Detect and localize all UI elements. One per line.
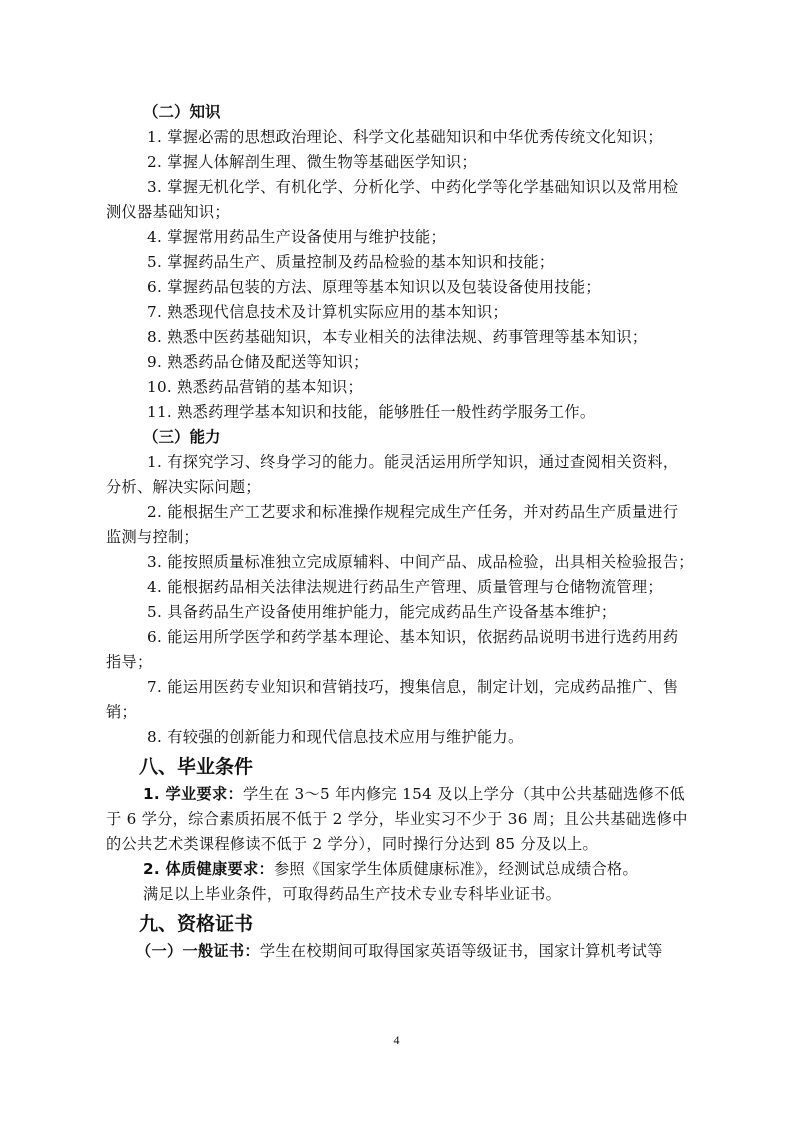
academic-requirement: 1. 学业要求：学生在 3～5 年内修完 154 及以上学分（其中公共基础选修不… — [106, 782, 688, 807]
graduation-heading: 八、毕业条件 — [106, 752, 688, 782]
knowledge-item: 7. 熟悉现代信息技术及计算机实际应用的基本知识； — [106, 300, 688, 325]
certificates-heading: 九、资格证书 — [106, 909, 688, 939]
academic-text-continuation: 于 6 学分，综合素质拓展不低于 2 学分，毕业实习不少于 36 周；且公共基础… — [106, 807, 688, 832]
general-certificates-label: （一）一般证书： — [136, 942, 260, 960]
knowledge-item: 1. 掌握必需的思想政治理论、科学文化基础知识和中华优秀传统文化知识； — [106, 125, 688, 150]
ability-item-continuation: 销； — [106, 700, 688, 725]
knowledge-item: 4. 掌握常用药品生产设备使用与维护技能； — [106, 225, 688, 250]
ability-item-continuation: 分析、解决实际问题； — [106, 475, 688, 500]
ability-item: 3. 能按照质量标准独立完成原辅料、中间产品、成品检验，出具相关检验报告； — [106, 550, 688, 575]
academic-text-continuation: 的公共艺术类课程修读不低于 2 学分），同时操行分达到 85 分及以上。 — [106, 832, 688, 857]
knowledge-item: 8. 熟悉中医药基础知识，本专业相关的法律法规、药事管理等基本知识； — [106, 325, 688, 350]
ability-item: 1. 有探究学习、终身学习的能力。能灵活运用所学知识，通过查阅相关资料， — [106, 450, 688, 475]
health-requirement: 2. 体质健康要求：参照《国家学生体质健康标准》，经测试总成绩合格。 — [106, 857, 688, 882]
academic-text: 学生在 3～5 年内修完 154 及以上学分（其中公共基础选修不低 — [243, 785, 685, 803]
ability-item: 6. 能运用所学医学和药学基本理论、基本知识，依据药品说明书进行选药用药 — [106, 625, 688, 650]
academic-label: 1. 学业要求： — [143, 785, 243, 803]
document-page: （二）知识 1. 掌握必需的思想政治理论、科学文化基础知识和中华优秀传统文化知识… — [106, 100, 688, 964]
graduation-summary: 满足以上毕业条件，可取得药品生产技术专业专科毕业证书。 — [106, 882, 688, 907]
general-certificates: （一）一般证书：学生在校期间可取得国家英语等级证书，国家计算机考试等 — [106, 939, 688, 964]
health-text: 参照《国家学生体质健康标准》，经测试总成绩合格。 — [274, 860, 638, 878]
ability-item-continuation: 监测与控制； — [106, 525, 688, 550]
health-label: 2. 体质健康要求： — [143, 860, 274, 878]
knowledge-item: 11. 熟悉药理学基本知识和技能，能够胜任一般性药学服务工作。 — [106, 400, 688, 425]
knowledge-item: 10. 熟悉药品营销的基本知识； — [106, 375, 688, 400]
knowledge-item-continuation: 测仪器基础知识； — [106, 200, 688, 225]
general-certificates-text: 学生在校期间可取得国家英语等级证书，国家计算机考试等 — [260, 942, 663, 960]
ability-item: 2. 能根据生产工艺要求和标准操作规程完成生产任务，并对药品生产质量进行 — [106, 500, 688, 525]
knowledge-heading: （二）知识 — [106, 100, 688, 125]
knowledge-item: 9. 熟悉药品仓储及配送等知识； — [106, 350, 688, 375]
knowledge-item: 6. 掌握药品包装的方法、原理等基本知识以及包装设备使用技能； — [106, 275, 688, 300]
ability-item: 8. 有较强的创新能力和现代信息技术应用与维护能力。 — [106, 725, 688, 750]
ability-item: 5. 具备药品生产设备使用维护能力，能完成药品生产设备基本维护； — [106, 600, 688, 625]
page-number: 4 — [0, 1033, 793, 1048]
ability-item-continuation: 指导； — [106, 650, 688, 675]
knowledge-item: 3. 掌握无机化学、有机化学、分析化学、中药化学等化学基础知识以及常用检 — [106, 175, 688, 200]
knowledge-item: 5. 掌握药品生产、质量控制及药品检验的基本知识和技能； — [106, 250, 688, 275]
ability-item: 4. 能根据药品相关法律法规进行药品生产管理、质量管理与仓储物流管理； — [106, 575, 688, 600]
ability-item: 7. 能运用医药专业知识和营销技巧，搜集信息，制定计划，完成药品推广、售 — [106, 675, 688, 700]
ability-heading: （三）能力 — [106, 425, 688, 450]
knowledge-item: 2. 掌握人体解剖生理、微生物等基础医学知识； — [106, 150, 688, 175]
